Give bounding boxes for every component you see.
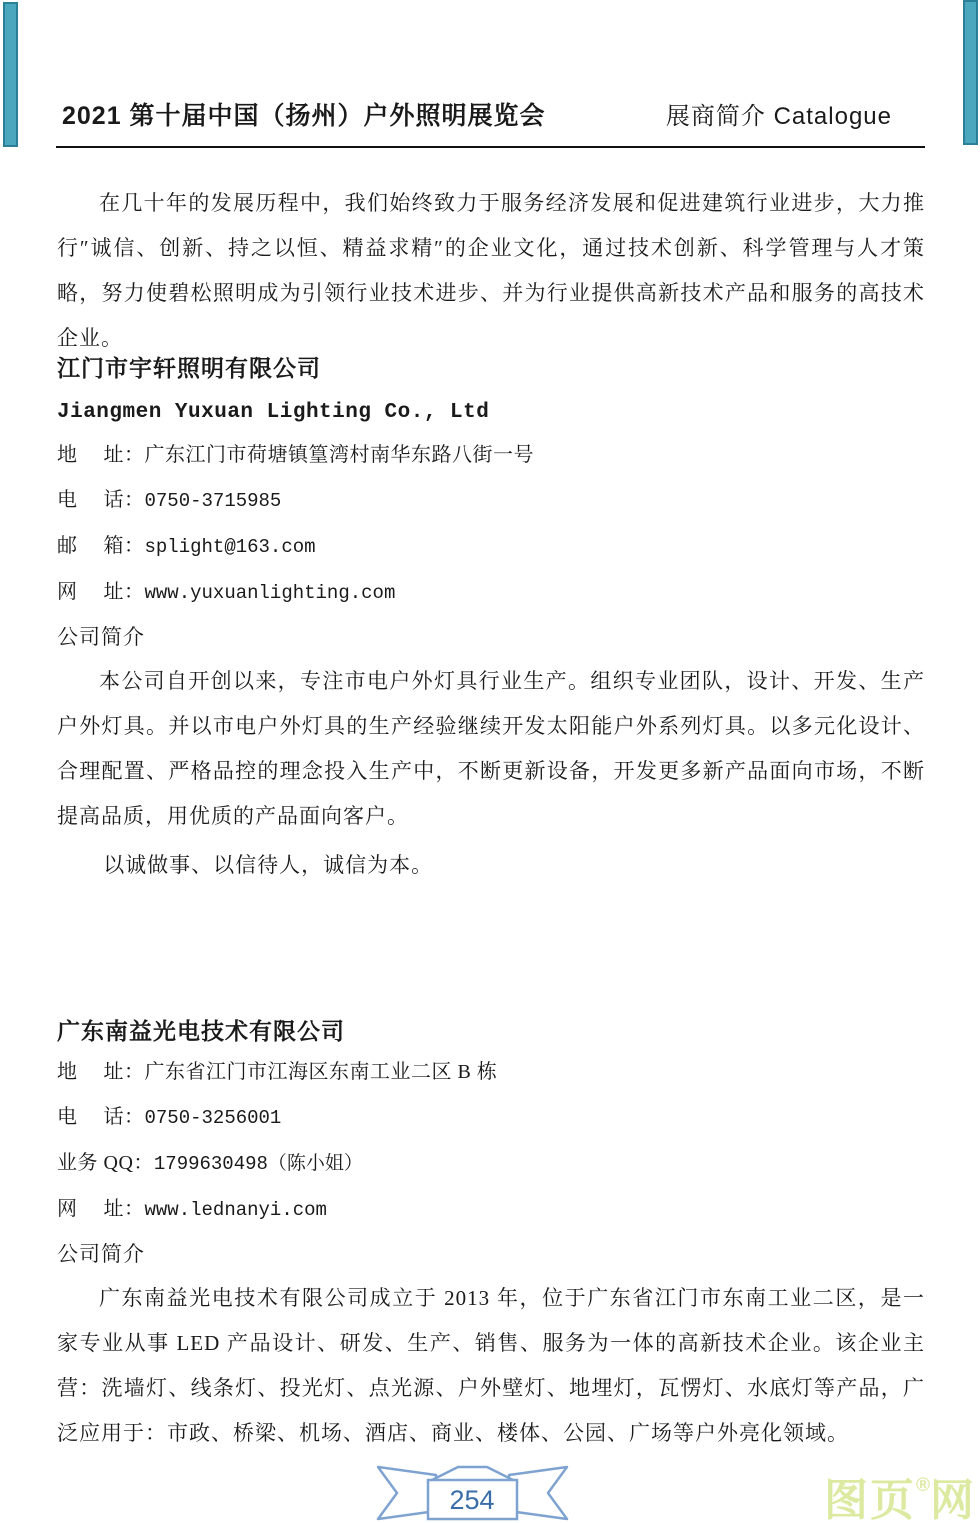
company1-profile-text: 本公司自开创以来，专注市电户外灯具行业生产。组织专业团队，设计、开发、生产户外灯… [57, 659, 925, 839]
contact-row-qq: 业务 QQ：1799630498（陈小姐） [57, 1141, 925, 1187]
qq-label: 业务 QQ： [57, 1152, 154, 1174]
company2-contacts: 地 址：广东省江门市江海区东南工业二区 B 栋 电 话：0750-3256001… [57, 1050, 925, 1233]
address-label: 地 址： [57, 444, 145, 466]
phone-value: 0750-3256001 [145, 1107, 282, 1129]
company1-contacts: 地 址：广东江门市荷塘镇篁湾村南华东路八街一号 电 话：0750-3715985… [57, 433, 925, 616]
accent-bar-left [3, 2, 18, 147]
website-label: 网 址： [57, 1198, 145, 1220]
contact-row-phone: 电 话：0750-3256001 [57, 1095, 925, 1141]
website-value: www.lednanyi.com [145, 1199, 327, 1221]
website-label: 网 址： [57, 581, 145, 603]
intro-paragraph: 在几十年的发展历程中，我们始终致力于服务经济发展和促进建筑行业进步，大力推行″诚… [57, 181, 925, 361]
phone-label: 电 话： [57, 1106, 145, 1128]
address-value: 广东省江门市江海区东南工业二区 B 栋 [145, 1061, 498, 1083]
phone-label: 电 话： [57, 489, 145, 511]
watermark-logo: 图页®网 [824, 1476, 976, 1523]
registered-icon: ® [916, 1475, 930, 1496]
header-title-catalogue: 展商简介 Catalogue [666, 96, 892, 131]
company2-profile-label: 公司简介 [57, 1238, 145, 1268]
website-value: www.yuxuanlighting.com [145, 582, 396, 604]
page-number: 254 [449, 1485, 494, 1515]
contact-row-address: 地 址：广东省江门市江海区东南工业二区 B 栋 [57, 1050, 925, 1095]
catalogue-page: 2021 第十届中国（扬州）户外照明展览会 展商简介 Catalogue 在几十… [0, 0, 980, 1523]
contact-row-website: 网 址：www.yuxuanlighting.com [57, 570, 925, 616]
watermark-text-left: 图页 [824, 1476, 916, 1523]
watermark-text-right: 网 [930, 1476, 976, 1523]
page-header: 2021 第十届中国（扬州）户外照明展览会 展商简介 Catalogue [62, 96, 892, 132]
header-title-exhibition: 2021 第十届中国（扬州）户外照明展览会 [62, 96, 546, 132]
page-number-ribbon: 254 [370, 1463, 575, 1523]
company1-profile-label: 公司简介 [57, 621, 145, 651]
header-divider [56, 146, 925, 148]
company1-name-en: Jiangmen Yuxuan Lighting Co., Ltd [57, 401, 489, 424]
company2-profile-text: 广东南益光电技术有限公司成立于 2013 年，位于广东省江门市东南工业二区，是一… [57, 1276, 925, 1456]
email-value: splight@163.com [145, 536, 316, 558]
ribbon-banner-icon: 254 [370, 1463, 575, 1523]
company1-motto: 以诚做事、以信待人，诚信为本。 [57, 843, 925, 888]
email-label: 邮 箱： [57, 535, 145, 557]
contact-row-email: 邮 箱：splight@163.com [57, 524, 925, 570]
contact-row-phone: 电 话：0750-3715985 [57, 478, 925, 524]
qq-value: 1799630498（陈小姐） [154, 1153, 363, 1175]
company1-name-cn: 江门市宇轩照明有限公司 [57, 350, 321, 383]
address-label: 地 址： [57, 1061, 145, 1083]
contact-row-address: 地 址：广东江门市荷塘镇篁湾村南华东路八街一号 [57, 433, 925, 478]
contact-row-website: 网 址：www.lednanyi.com [57, 1187, 925, 1233]
address-value: 广东江门市荷塘镇篁湾村南华东路八街一号 [145, 444, 535, 466]
phone-value: 0750-3715985 [145, 490, 282, 512]
accent-bar-right [963, 0, 978, 145]
company2-name-cn: 广东南益光电技术有限公司 [57, 1013, 345, 1046]
